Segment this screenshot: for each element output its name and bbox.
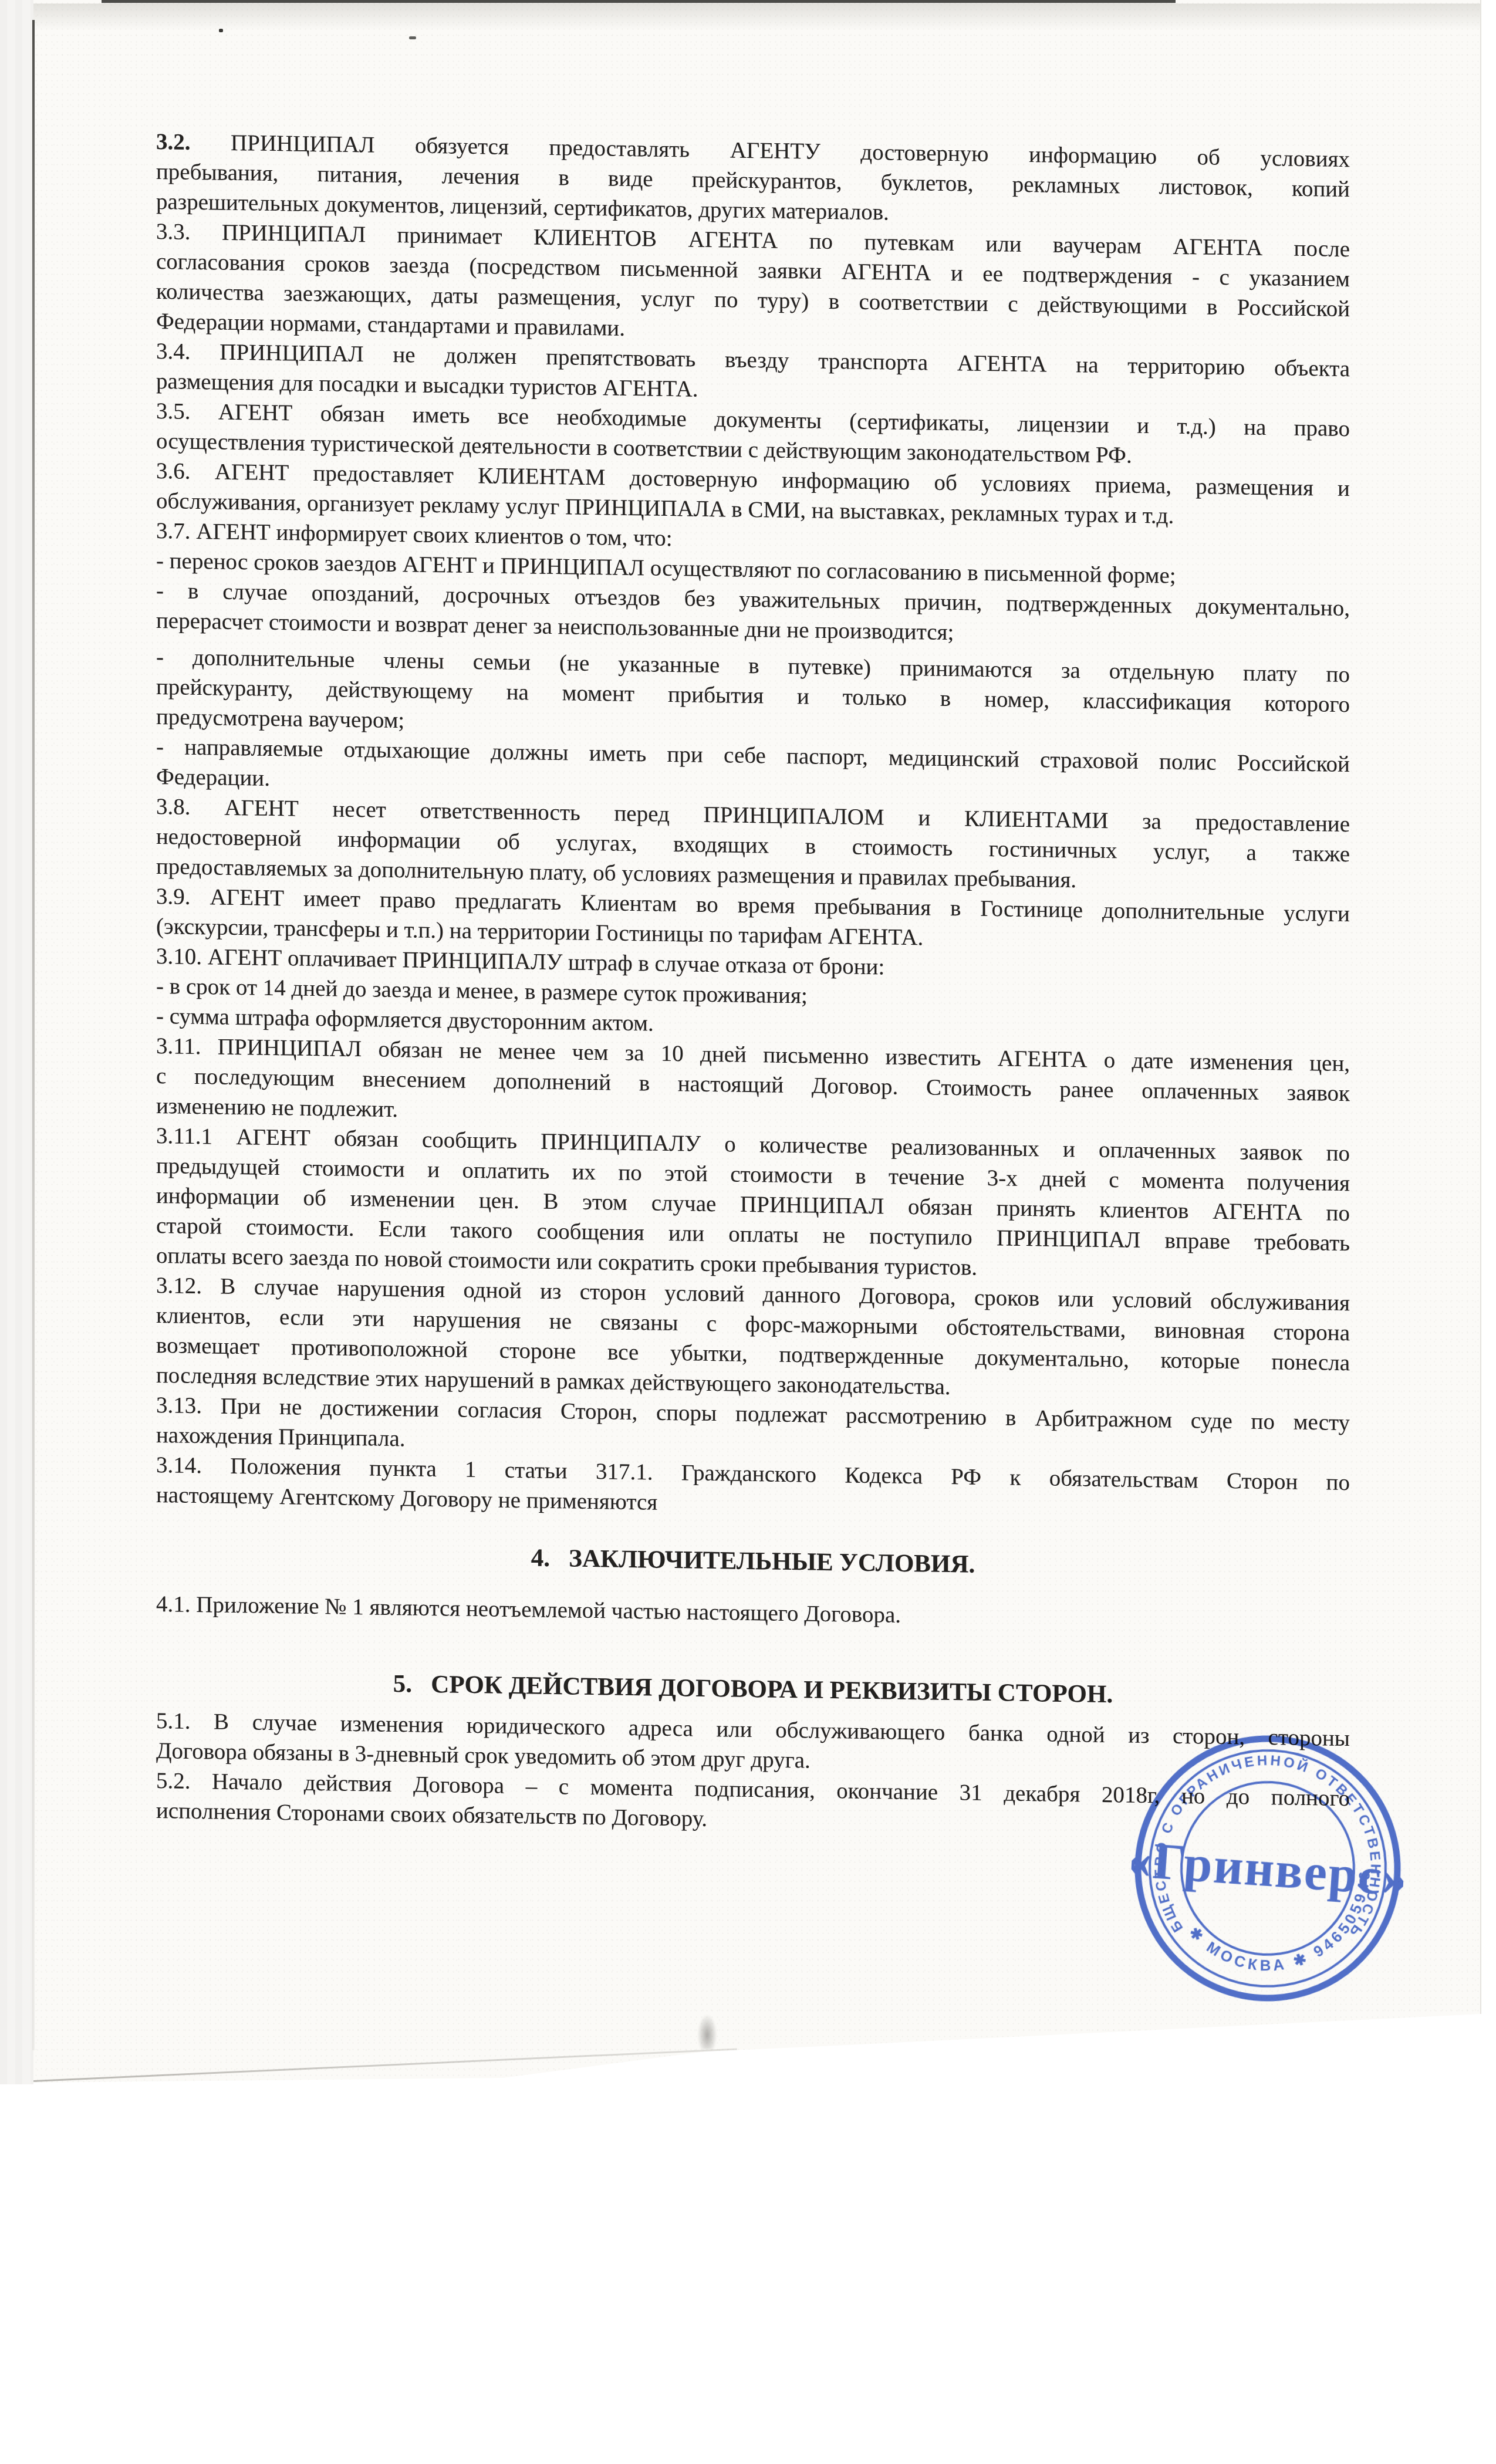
dust-speck [409,36,416,39]
heading-5-line-1: 5. СРОК ДЕЙСТВИЯ ДОГОВОРА И РЕКВИЗИТЫ СТ… [156,1665,1350,1713]
scan-noise-band [33,4,1480,31]
clause-3-12: 3.12. В случае нарушения одной из сторон… [156,1270,1350,1408]
clause-3-8: 3.8. АГЕНТ несет ответственность перед П… [156,792,1350,899]
bullet-family: - дополнительные члены семьи (не указанн… [156,642,1350,749]
scanner-margin-strip [0,0,33,2084]
page-top-edge-line [102,0,1176,3]
clause-3-2: 3.2. ПРИНЦИПАЛ обязуется предоставлять А… [156,127,1350,234]
dust-speck [219,29,223,32]
document-body: 3.2. ПРИНЦИПАЛ обязуется предоставлять А… [156,127,1350,1843]
clause-4-1-line-1: 4.1. Приложение № 1 являются неотъемлемо… [156,1589,1350,1637]
pencil-smudge [697,2014,717,2049]
heading-4-line-1: 4. ЗАКЛЮЧИТЕЛЬНЫЕ УСЛОВИЯ. [156,1537,1350,1586]
clause-3-11: 3.11. ПРИНЦИПАЛ обязан не менее чем за 1… [156,1031,1350,1138]
scanned-contract-page: 3.2. ПРИНЦИПАЛ обязуется предоставлять А… [0,0,1496,2464]
clause-4-1: 4.1. Приложение № 1 являются неотъемлемо… [156,1589,1350,1637]
clause-3-3: 3.3. ПРИНЦИПАЛ принимает КЛИЕНТОВ АГЕНТА… [156,217,1350,354]
clause-3-11-1: 3.11.1 АГЕНТ обязан сообщить ПРИНЦИПАЛУ … [156,1121,1350,1288]
company-stamp: ОБЩЕСТВО С ОГРАНИЧЕННОЙ ОТВЕТСТВЕННОСТЬЮ… [1124,1725,1411,2012]
page-left-edge-line [32,20,35,2050]
heading-5: 5. СРОК ДЕЙСТВИЯ ДОГОВОРА И РЕКВИЗИТЫ СТ… [156,1665,1350,1713]
heading-4: 4. ЗАКЛЮЧИТЕЛЬНЫЕ УСЛОВИЯ. [156,1537,1350,1586]
